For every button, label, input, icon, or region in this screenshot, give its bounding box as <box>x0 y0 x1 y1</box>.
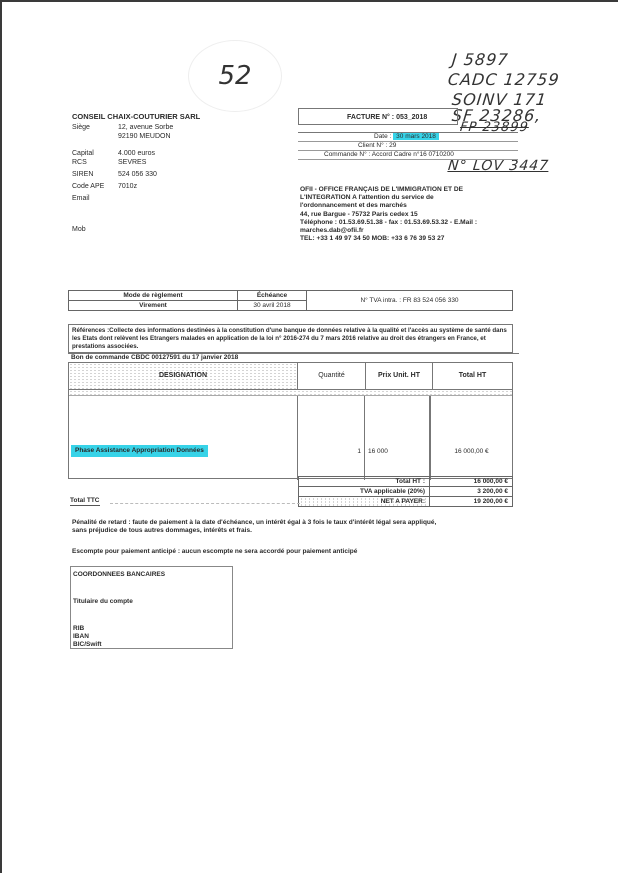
field-value: 12, avenue Sorbe <box>118 123 272 132</box>
field-label: Email <box>72 194 118 203</box>
total-ht-label: Total HT : <box>299 477 430 487</box>
field-label: SIREN <box>72 170 118 179</box>
total-ttc-label: Total TTC <box>70 497 100 506</box>
order-label: Commande N° : <box>324 151 370 158</box>
bic-label: BIC/Swift <box>73 641 102 649</box>
rib-label: RIB <box>73 625 84 633</box>
total-header: Total HT <box>433 363 512 389</box>
handwritten-note-6: N° LOV 3447 <box>447 158 550 174</box>
handwritten-note-2: CADC 12759 <box>447 70 561 89</box>
iban-label: IBAN <box>73 633 89 641</box>
totals-table: Total HT : 16 000,00 € TVA applicable (2… <box>298 476 513 507</box>
account-holder-label: Titulaire du compte <box>73 598 133 606</box>
field-label: Code APE <box>72 182 118 191</box>
unit-price-header: Prix Unit. HT <box>366 363 433 389</box>
bank-details-box: COORDONNEES BANCAIRES Titulaire du compt… <box>70 566 233 649</box>
invoice-date: 30 mars 2018 <box>393 133 439 140</box>
field-label <box>72 132 118 141</box>
field-value <box>118 194 272 203</box>
payment-mode: Virement <box>69 301 238 311</box>
due-date-header: Échéance <box>238 291 307 301</box>
field-value: SEVRES <box>118 158 272 167</box>
supplier-block: CONSEIL CHAIX-COUTURIER SARL Siège12, av… <box>72 112 272 203</box>
supplier-name: CONSEIL CHAIX-COUTURIER SARL <box>72 112 272 122</box>
handwritten-note-1: J 5897 <box>451 50 510 69</box>
items-header: DESIGNATION Quantité Prix Unit. HT Total… <box>69 363 512 390</box>
invoice-number: 053_2018 <box>396 114 427 121</box>
client-label: Client N° : <box>358 142 387 149</box>
address-line: marches.dab@ofii.fr <box>300 227 540 235</box>
circled-number: 52 <box>218 61 251 91</box>
recipient-address: OFII - OFFICE FRANÇAIS DE L'IMMIGRATION … <box>300 186 540 244</box>
address-line: l'ordonnancement et des marchés <box>300 202 540 210</box>
address-line: OFII - OFFICE FRANÇAIS DE L'IMMIGRATION … <box>300 186 540 194</box>
item-quantity: 1 <box>298 396 365 480</box>
due-date: 30 avril 2018 <box>238 301 307 311</box>
mob-label: Mob <box>72 225 86 234</box>
field-value: 7010z <box>118 182 272 191</box>
net-label: NET A PAYER: <box>299 497 430 507</box>
vat-number: N° TVA intra. : FR 83 524 056 330 <box>307 291 513 311</box>
field-value: 4.000 euros <box>118 149 272 158</box>
stamp-annotation: 52 <box>188 40 282 112</box>
field-label: Siège <box>72 123 118 132</box>
item-designation: Phase Assistance Appropriation Données <box>71 445 208 457</box>
invoice-meta: Date : 30 mars 2018 Client N° : 29 Comma… <box>298 133 518 160</box>
purchase-order-line: Bon de commande CBDC 00127591 du 17 janv… <box>68 353 519 362</box>
items-table: DESIGNATION Quantité Prix Unit. HT Total… <box>68 362 513 479</box>
tva-label: TVA applicable (20%) <box>299 487 430 497</box>
table-row: Phase Assistance Appropriation Données 1… <box>69 396 512 480</box>
invoice-number-box: FACTURE N° : 053_2018 <box>298 108 458 125</box>
quantity-header: Quantité <box>298 363 366 389</box>
references-box: Références :Collecte des informations de… <box>68 324 513 353</box>
payment-mode-header: Mode de règlement <box>69 291 238 301</box>
divider <box>110 503 300 504</box>
total-ht-value: 16 000,00 € <box>430 477 513 487</box>
invoice-number-label: FACTURE N° : <box>347 114 394 121</box>
field-label: RCS <box>72 158 118 167</box>
net-value: 19 200,00 € <box>430 497 513 507</box>
payment-table: Mode de règlement Échéance N° TVA intra.… <box>68 290 513 311</box>
field-label: Capital <box>72 149 118 158</box>
date-label: Date : <box>374 133 391 140</box>
references-text: Références :Collecte des informations de… <box>72 327 509 350</box>
address-line: L'INTEGRATION A l'attention du service d… <box>300 194 540 202</box>
client-number: 29 <box>389 142 396 149</box>
address-line: 44, rue Bargue - 75732 Paris cedex 15 <box>300 211 540 219</box>
item-unit-price: 16 000 <box>365 396 431 480</box>
field-value: 524 056 330 <box>118 170 272 179</box>
bank-title: COORDONNEES BANCAIRES <box>73 571 165 579</box>
late-penalty-terms: Pénalité de retard : faute de paiement à… <box>72 519 442 535</box>
address-line: TEL: +33 1 49 97 34 50 MOB: +33 6 76 39 … <box>300 235 540 243</box>
order-number: Accord Cadre n°16 0710200 <box>372 151 454 158</box>
tva-value: 3 200,00 € <box>430 487 513 497</box>
designation-header: DESIGNATION <box>69 363 298 389</box>
address-line: Téléphone : 01.53.69.51.38 - fax : 01.53… <box>300 219 540 227</box>
field-value: 92190 MEUDON <box>118 132 272 141</box>
item-total: 16 000,00 € <box>431 396 512 480</box>
early-payment-terms: Escompte pour paiement anticipé : aucun … <box>72 548 442 556</box>
